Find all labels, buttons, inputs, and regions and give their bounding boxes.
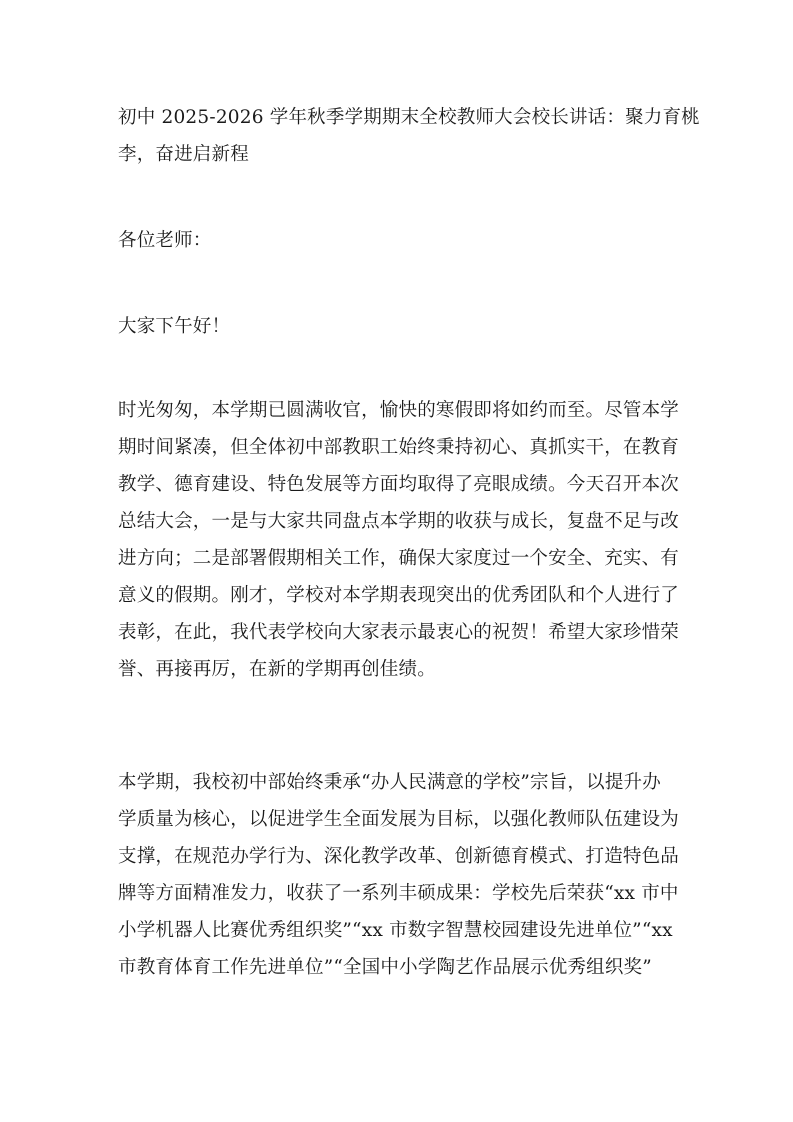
paragraph-line: 总结大会，一是与大家共同盘点本学期的收获与成长，复盘不足与改 (118, 511, 679, 533)
paragraph-line: 教学、德育建设、特色发展等方面均取得了亮眼成绩。今天召开本次 (118, 474, 679, 496)
paragraph-line: 支撑，在规范办学行为、深化教学改革、创新德育模式、打造特色品 (118, 846, 679, 868)
paragraph-line: 表彰，在此，我代表学校向大家表示最衷心的祝贺！希望大家珍惜荣 (118, 622, 679, 644)
paragraph-line: 小学机器人比赛优秀组织奖”“xx 市数字智慧校园建设先进单位”“xx (118, 920, 673, 942)
title-line-1: 初中 2025-2026 学年秋季学期期末全校教师大会校长讲话：聚力育桃 (118, 107, 700, 129)
greeting: 大家下午好！ (118, 316, 230, 338)
paragraph-line: 时光匆匆，本学期已圆满收官，愉快的寒假即将如约而至。尽管本学 (118, 400, 679, 422)
title-line-2: 李，奋进启新程 (118, 144, 249, 166)
paragraph-line: 意义的假期。刚才，学校对本学期表现突出的优秀团队和个人进行了 (118, 585, 679, 607)
paragraph-line: 牌等方面精准发力，收获了一系列丰硕成果：学校先后荣获“xx 市中 (118, 883, 679, 905)
paragraph-line: 誉、再接再厉，在新的学期再创佳绩。 (118, 659, 436, 681)
paragraph-line: 学质量为核心，以促进学生全面发展为目标，以强化教师队伍建设为 (118, 809, 679, 831)
paragraph-line: 期时间紧凑，但全体初中部教职工始终秉持初心、真抓实干，在教育 (118, 437, 679, 459)
salutation: 各位老师： (118, 230, 212, 252)
paragraph-line: 市教育体育工作先进单位”“全国中小学陶艺作品展示优秀组织奖” (118, 957, 652, 979)
paragraph-line: 进方向；二是部署假期相关工作，确保大家度过一个安全、充实、有 (118, 548, 679, 570)
document-page: 初中 2025-2026 学年秋季学期期末全校教师大会校长讲话：聚力育桃 李，奋… (0, 0, 793, 1122)
paragraph-line: 本学期，我校初中部始终秉承“办人民满意的学校”宗旨，以提升办 (118, 772, 661, 794)
